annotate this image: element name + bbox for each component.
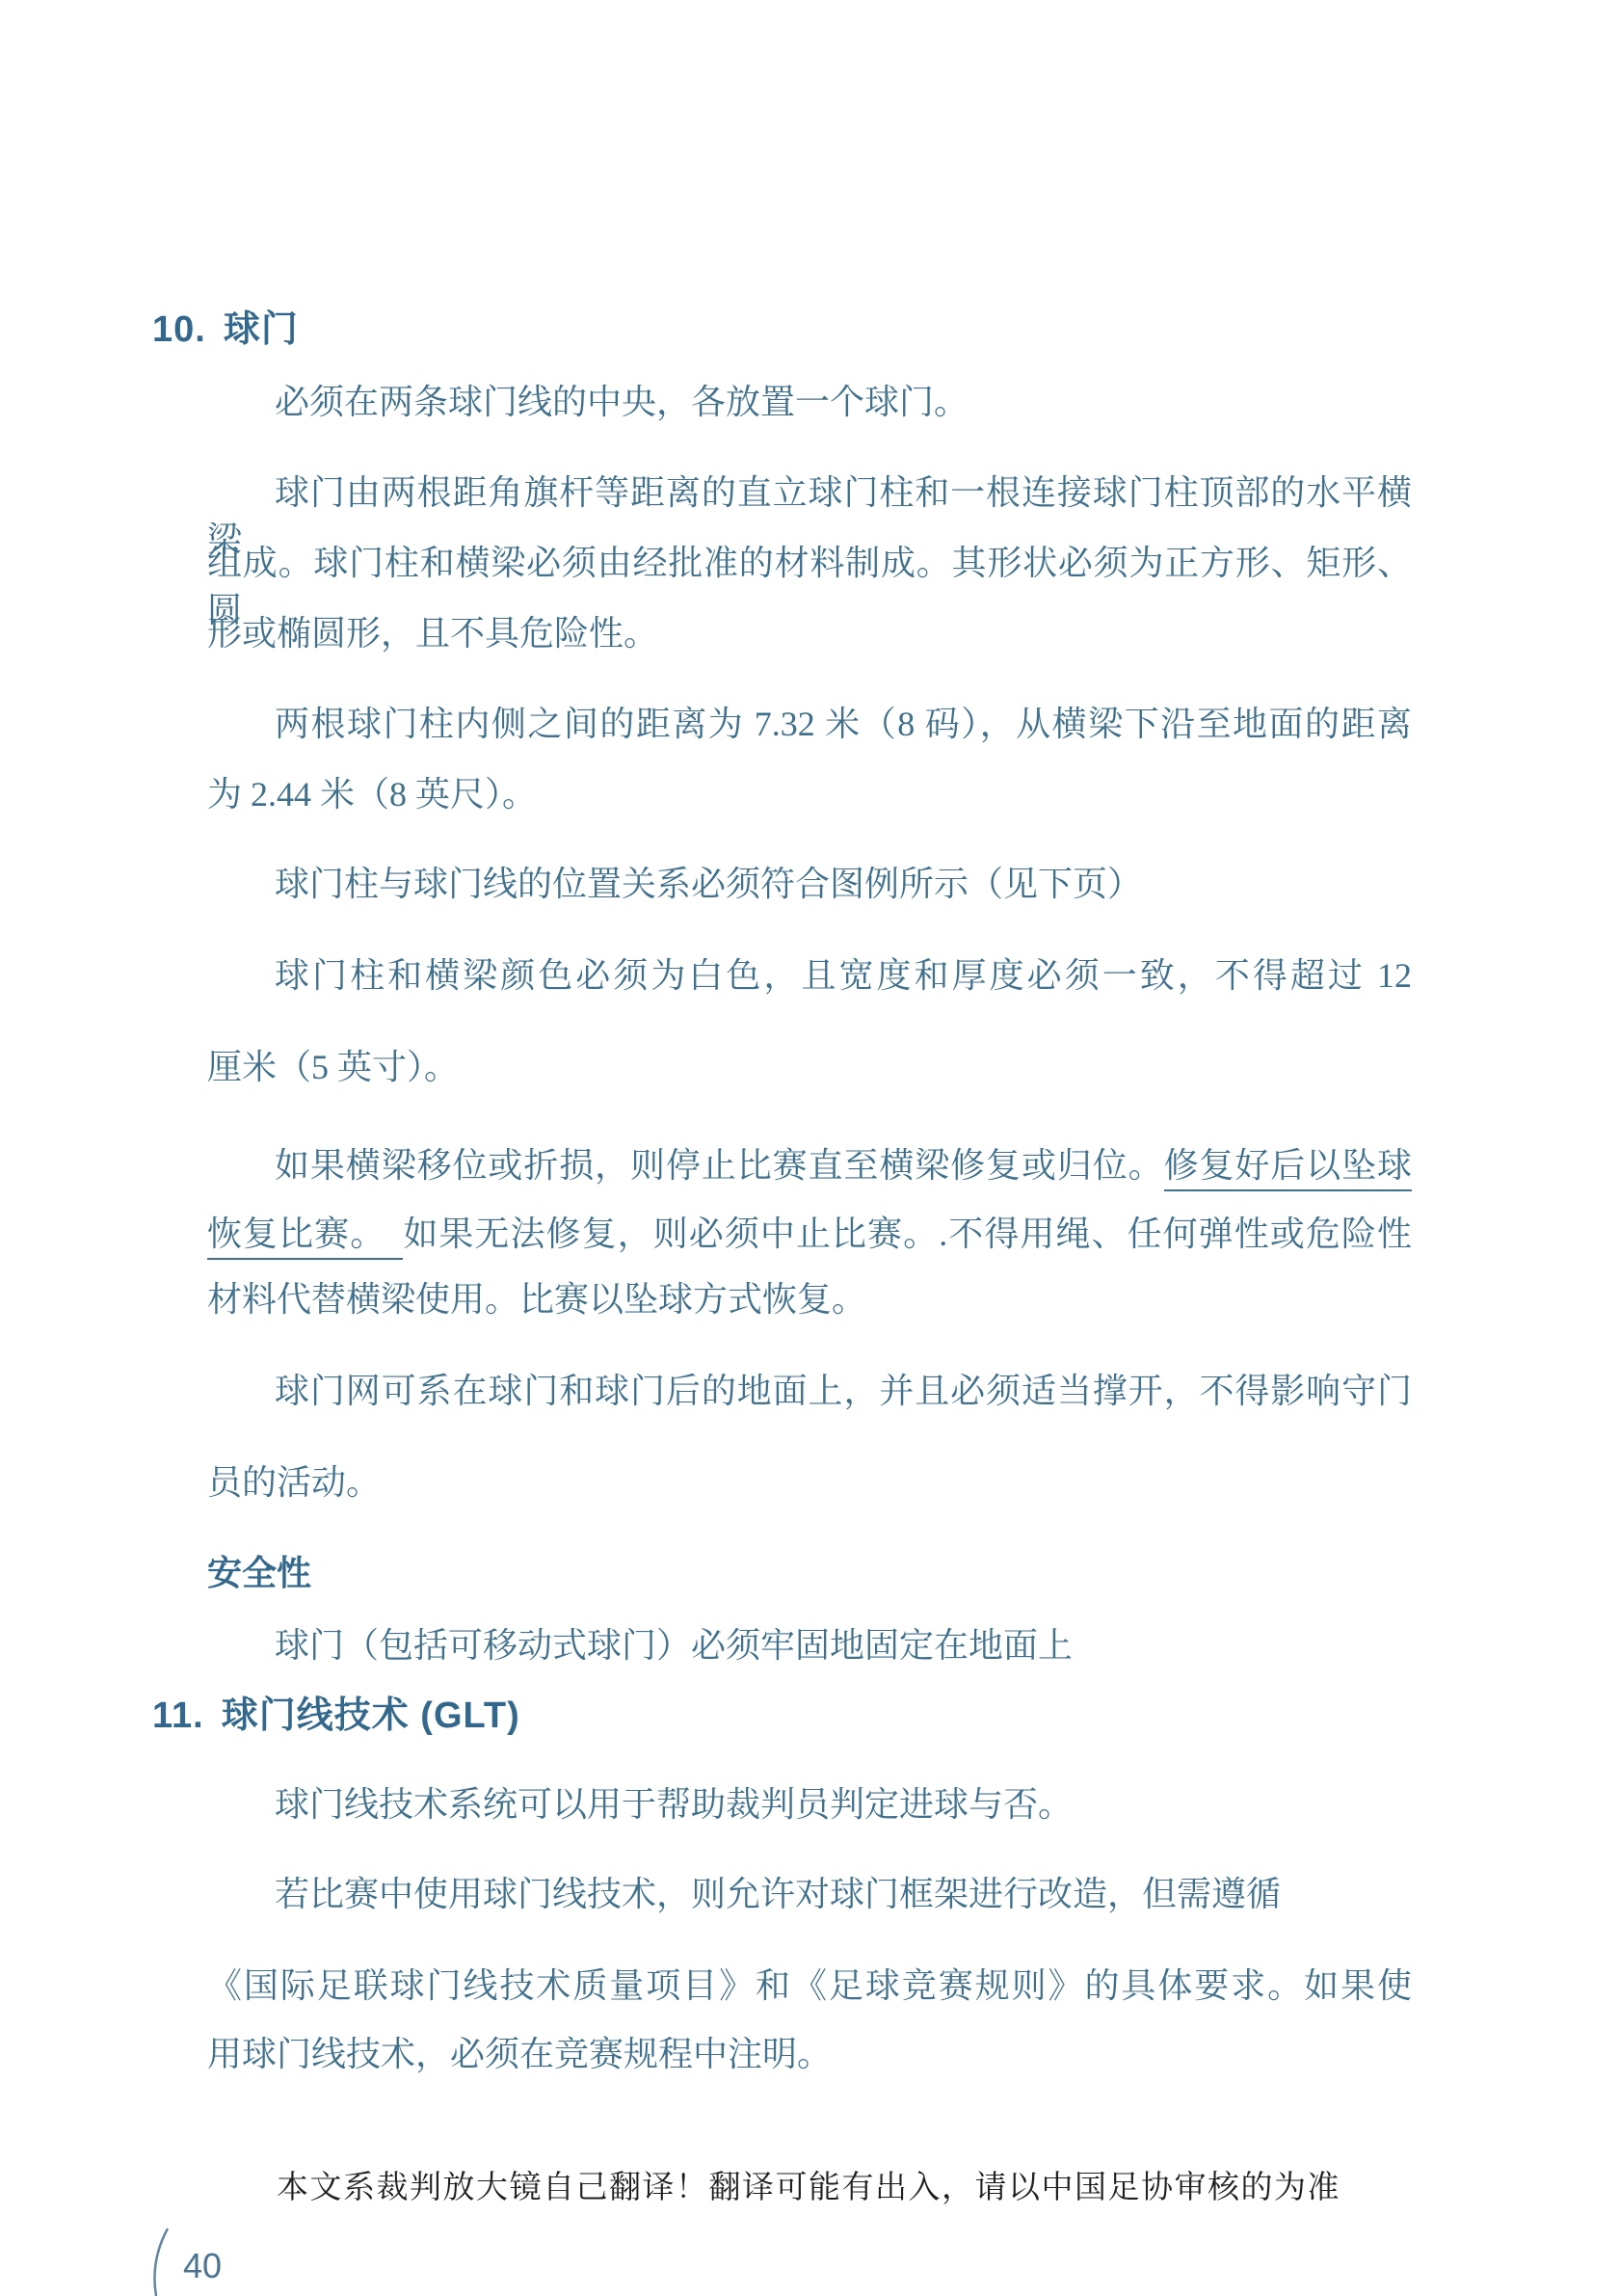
- paragraph-line: 球门网可系在球门和球门后的地面上，并且必须适当撑开，不得影响守门: [207, 1368, 1412, 1415]
- document-page: 10.球门 必须在两条球门线的中央，各放置一个球门。 球门由两根距角旗杆等距离的…: [0, 0, 1619, 2296]
- page-number: 40: [183, 2246, 222, 2286]
- paragraph-line: 如果横梁移位或折损，则停止比赛直至横梁修复或归位。修复好后以坠球: [207, 1142, 1412, 1189]
- page-margin-arc-icon: [143, 2225, 181, 2296]
- underlined-text: 恢复比赛。: [207, 1215, 403, 1260]
- paragraph-line: 若比赛中使用球门线技术，则允许对球门框架进行改造，但需遵循: [207, 1871, 1412, 1918]
- underlined-text: 修复好后以坠球: [1164, 1146, 1412, 1191]
- paragraph-text: 如果横梁移位或折损，则停止比赛直至横梁修复或归位。: [275, 1146, 1164, 1185]
- safety-subheading: 安全性: [207, 1546, 311, 1595]
- paragraph-line: 球门柱与球门线的位置关系必须符合图例所示（见下页）: [207, 861, 1412, 908]
- paragraph-line: 必须在两条球门线的中央，各放置一个球门。: [207, 379, 1412, 426]
- paragraph-line: 两根球门柱内侧之间的距离为 7.32 米（8 码），从横梁下沿至地面的距离: [207, 701, 1412, 748]
- paragraph-line: 球门（包括可移动式球门）必须牢固地固定在地面上: [207, 1622, 1412, 1669]
- paragraph-line: 员的活动。: [207, 1459, 1412, 1507]
- section-title: 球门: [224, 309, 299, 350]
- section-title: 球门线技术 (GLT): [222, 1695, 520, 1736]
- paragraph-line: 厘米（5 英寸）。: [207, 1044, 1412, 1091]
- paragraph-line: 材料代替横梁使用。比赛以坠球方式恢复。: [207, 1276, 1412, 1323]
- paragraph-line: 为 2.44 米（8 英尺）。: [207, 771, 1412, 818]
- section-11-heading: 11.球门线技术 (GLT): [152, 1685, 520, 1738]
- paragraph-line: 恢复比赛。如果无法修复，则必须中止比赛。.不得用绳、任何弹性或危险性: [207, 1211, 1412, 1258]
- paragraph-line: 用球门线技术，必须在竞赛规程中注明。: [207, 2031, 1412, 2078]
- section-10-heading: 10.球门: [152, 299, 299, 352]
- section-number: 11.: [152, 1695, 204, 1736]
- paragraph-line: 球门柱和横梁颜色必须为白色，且宽度和厚度必须一致，不得超过 12: [207, 952, 1412, 1000]
- paragraph-line: 球门线技术系统可以用于帮助裁判员判定进球与否。: [207, 1781, 1412, 1829]
- footnote: 本文系裁判放大镜自己翻译！翻译可能有出入，请以中国足协审核的为准: [277, 2162, 1340, 2207]
- paragraph-line: 形或椭圆形，且不具危险性。: [207, 610, 1412, 657]
- paragraph-text: 如果无法修复，则必须中止比赛。.不得用绳、任何弹性或危险性: [403, 1215, 1412, 1253]
- paragraph-line: 《国际足联球门线技术质量项目》和《足球竞赛规则》的具体要求。如果使: [207, 1962, 1412, 2010]
- section-number: 10.: [152, 309, 206, 350]
